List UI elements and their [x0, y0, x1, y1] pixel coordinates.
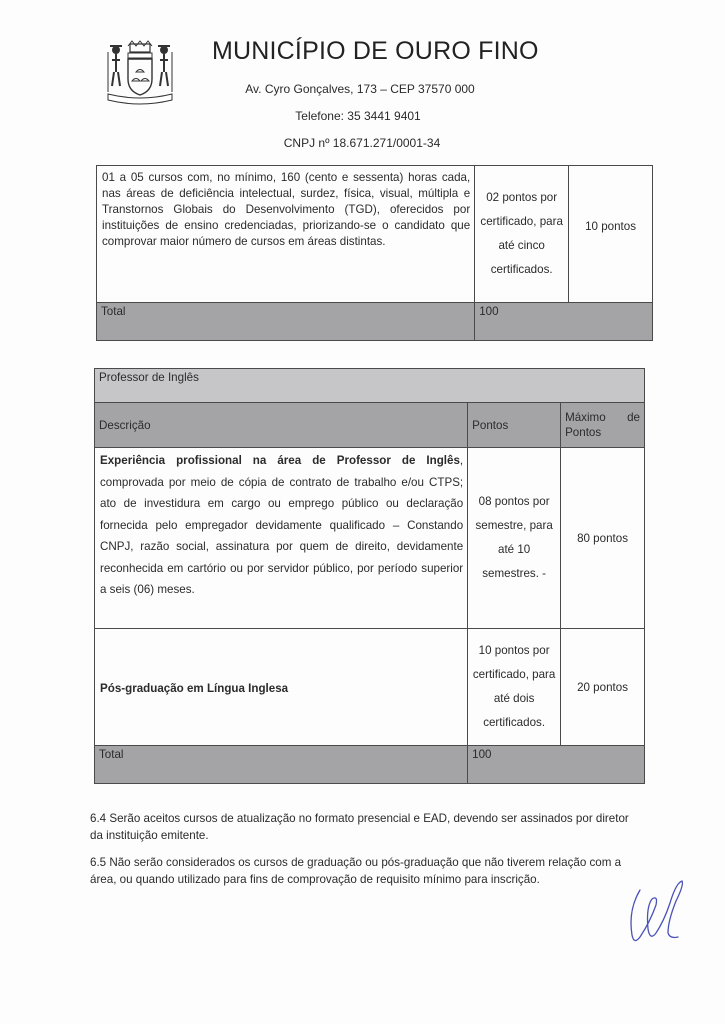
column-header-row: Descrição Pontos Máximo de Pontos: [95, 403, 645, 448]
section-title: Professor de Inglês: [95, 369, 645, 403]
phone: Telefone: 35 3441 9401: [138, 109, 578, 123]
max-points-cell: 80 pontos: [561, 448, 645, 629]
points-cell: 02 pontos por certificado, para até cinc…: [475, 166, 569, 303]
section-header-row: Professor de Inglês: [95, 369, 645, 403]
header-max-points: Máximo de Pontos: [561, 403, 645, 448]
municipality-title: MUNICÍPIO DE OURO FINO: [212, 37, 539, 66]
max-points-cell: 10 pontos: [569, 166, 653, 303]
total-value: 100: [475, 303, 653, 341]
description-cell: Pós-graduação em Língua Inglesa: [95, 629, 468, 746]
points-cell: 08 pontos por semestre, para até 10 seme…: [468, 448, 561, 629]
table-row: Pós-graduação em Língua Inglesa 10 ponto…: [95, 629, 645, 746]
header-description: Descrição: [95, 403, 468, 448]
description-rest: , comprovada por meio de cópia de contra…: [100, 454, 463, 596]
paragraph-6-5: 6.5 Não serão considerados os cursos de …: [90, 854, 630, 888]
description-cell: 01 a 05 cursos com, no mínimo, 160 (cent…: [97, 166, 475, 303]
description-cell: Experiência profissional na área de Prof…: [95, 448, 468, 629]
total-value: 100: [468, 746, 645, 784]
max-points-cell: 20 pontos: [561, 629, 645, 746]
total-label: Total: [97, 303, 475, 341]
letterhead: MUNICÍPIO DE OURO FINO Av. Cyro Gonçalve…: [0, 0, 725, 160]
handwritten-signature-icon: [620, 870, 690, 950]
paragraph-6-4: 6.4 Serão aceitos cursos de atualização …: [90, 810, 630, 844]
total-row: Total 100: [97, 303, 653, 341]
points-cell: 10 pontos por certificado, para até dois…: [468, 629, 561, 746]
address: Av. Cyro Gonçalves, 173 – CEP 37570 000: [140, 82, 580, 96]
table-row: Experiência profissional na área de Prof…: [95, 448, 645, 629]
header-points: Pontos: [468, 403, 561, 448]
total-row: Total 100: [95, 746, 645, 784]
description-bold: Pós-graduação em Língua Inglesa: [100, 682, 288, 695]
table-row: 01 a 05 cursos com, no mínimo, 160 (cent…: [97, 166, 653, 303]
total-label: Total: [95, 746, 468, 784]
scoring-table-continuation: 01 a 05 cursos com, no mínimo, 160 (cent…: [96, 165, 653, 341]
english-teacher-table: Professor de Inglês Descrição Pontos Máx…: [94, 368, 645, 784]
cnpj: CNPJ nº 18.671.271/0001-34: [142, 136, 582, 150]
description-bold: Experiência profissional na área de Prof…: [100, 454, 460, 467]
